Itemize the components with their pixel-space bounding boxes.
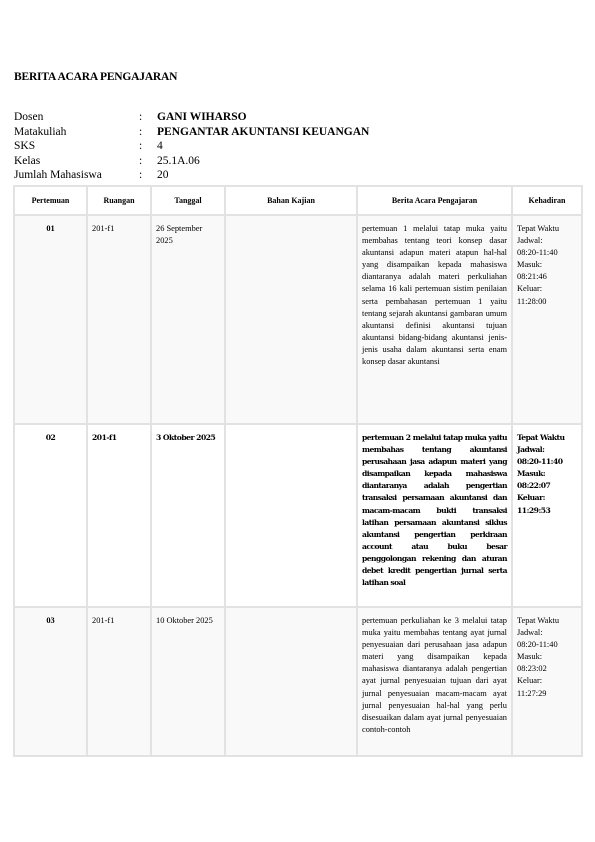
course-info: Dosen : GANI WIHARSO Matakuliah : PENGAN…: [14, 110, 369, 183]
meta-colon: :: [139, 139, 157, 154]
kehadiran-status: Tepat Waktu: [517, 615, 577, 627]
meta-colon: :: [139, 168, 157, 183]
cell-bahan-kajian: [225, 215, 357, 424]
kehadiran-jadwal-label: Jadwal:: [517, 627, 577, 639]
kehadiran-keluar-label: Keluar:: [517, 283, 577, 295]
kehadiran-jadwal-label: Jadwal:: [517, 444, 577, 456]
kehadiran-jadwal-value: 08:20-11:40: [517, 456, 577, 468]
kehadiran-keluar-label: Keluar:: [517, 675, 577, 687]
meta-value-kelas: 25.1A.06: [157, 154, 200, 169]
cell-ruangan: 201-f1: [87, 424, 151, 607]
header-tanggal: Tanggal: [151, 186, 225, 215]
meta-colon: :: [139, 125, 157, 140]
meta-row-sks: SKS : 4: [14, 139, 369, 154]
cell-bahan-kajian: [225, 607, 357, 756]
header-pertemuan: Pertemuan: [14, 186, 87, 215]
header-berita-acara: Berita Acara Pengajaran: [357, 186, 512, 215]
kehadiran-status: Tepat Waktu: [517, 432, 577, 444]
cell-ruangan: 201-f1: [87, 215, 151, 424]
kehadiran-jadwal-value: 08:20-11:40: [517, 247, 577, 259]
meta-label: Dosen: [14, 110, 139, 125]
kehadiran-masuk-label: Masuk:: [517, 651, 577, 663]
header-bahan-kajian: Bahan Kajian: [225, 186, 357, 215]
meta-label: Matakuliah: [14, 125, 139, 140]
kehadiran-jadwal-label: Jadwal:: [517, 235, 577, 247]
meta-row-kelas: Kelas : 25.1A.06: [14, 154, 369, 169]
kehadiran-masuk-label: Masuk:: [517, 259, 577, 271]
meta-label: Kelas: [14, 154, 139, 169]
cell-pertemuan: 01: [14, 215, 87, 424]
header-kehadiran: Kehadiran: [512, 186, 582, 215]
cell-tanggal: 10 Oktober 2025: [151, 607, 225, 756]
cell-tanggal: 26 September 2025: [151, 215, 225, 424]
cell-berita-acara: pertemuan 1 melalui tatap muka yaitu mem…: [357, 215, 512, 424]
cell-kehadiran: Tepat Waktu Jadwal: 08:20-11:40 Masuk: 0…: [512, 607, 582, 756]
table-row: 03 201-f1 10 Oktober 2025 pertemuan perk…: [14, 607, 582, 756]
kehadiran-masuk-value: 08:23:02: [517, 663, 577, 675]
table-row: 02 201-f1 3 Oktober 2025 pertemuan 2 mel…: [14, 424, 582, 607]
meta-value-dosen: GANI WIHARSO: [157, 110, 247, 125]
document-title: BERITA ACARA PENGAJARAN: [14, 71, 177, 83]
meta-label: SKS: [14, 139, 139, 154]
table-header-row: Pertemuan Ruangan Tanggal Bahan Kajian B…: [14, 186, 582, 215]
meta-value-jumlah-mahasiswa: 20: [157, 168, 169, 183]
meta-value-matakuliah: PENGANTAR AKUNTANSI KEUANGAN: [157, 125, 369, 140]
cell-kehadiran: Tepat Waktu Jadwal: 08:20-11:40 Masuk: 0…: [512, 424, 582, 607]
cell-tanggal: 3 Oktober 2025: [151, 424, 225, 607]
meta-colon: :: [139, 110, 157, 125]
cell-kehadiran: Tepat Waktu Jadwal: 08:20-11:40 Masuk: 0…: [512, 215, 582, 424]
meta-colon: :: [139, 154, 157, 169]
kehadiran-jadwal-value: 08:20-11:40: [517, 639, 577, 651]
kehadiran-keluar-value: 11:27:29: [517, 688, 577, 700]
meta-row-matakuliah: Matakuliah : PENGANTAR AKUNTANSI KEUANGA…: [14, 125, 369, 140]
kehadiran-keluar-value: 11:28:00: [517, 296, 577, 308]
kehadiran-masuk-value: 08:21:46: [517, 271, 577, 283]
kehadiran-masuk-label: Masuk:: [517, 468, 577, 480]
header-ruangan: Ruangan: [87, 186, 151, 215]
meta-row-dosen: Dosen : GANI WIHARSO: [14, 110, 369, 125]
cell-berita-acara: pertemuan 2 melalui tatap muka yaitu mem…: [357, 424, 512, 607]
meta-value-sks: 4: [157, 139, 163, 154]
table-row: 01 201-f1 26 September 2025 pertemuan 1 …: [14, 215, 582, 424]
cell-berita-acara: pertemuan perkuliahan ke 3 melalui tatap…: [357, 607, 512, 756]
cell-ruangan: 201-f1: [87, 607, 151, 756]
kehadiran-keluar-value: 11:29:53: [517, 505, 577, 517]
kehadiran-status: Tepat Waktu: [517, 223, 577, 235]
meta-label: Jumlah Mahasiswa: [14, 168, 139, 183]
kehadiran-masuk-value: 08:22:07: [517, 480, 577, 492]
cell-pertemuan: 02: [14, 424, 87, 607]
meta-row-jumlah-mahasiswa: Jumlah Mahasiswa : 20: [14, 168, 369, 183]
cell-pertemuan: 03: [14, 607, 87, 756]
cell-bahan-kajian: [225, 424, 357, 607]
kehadiran-keluar-label: Keluar:: [517, 492, 577, 504]
teaching-record-table: Pertemuan Ruangan Tanggal Bahan Kajian B…: [13, 185, 583, 757]
